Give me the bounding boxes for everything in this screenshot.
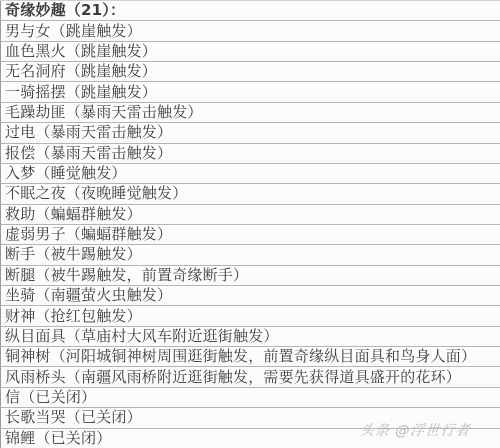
list-item: 报偿（暴雨天雷击触发） <box>0 144 500 164</box>
list-item: 血色黑火（跳崖触发） <box>0 42 500 62</box>
trigger-guide-page: 奇缘妙趣（21）： 男与女（跳崖触发） 血色黑火（跳崖触发） 无名洞府（跳崖触发… <box>0 0 500 448</box>
list-item: 风雨桥头（南疆风雨桥附近逛街触发，需要先获得道具盛开的花环） <box>0 367 500 387</box>
list-item: 信（已关闭） <box>0 388 500 408</box>
list-item: 纵目面具（草庙村大风车附近逛街触发） <box>0 327 500 347</box>
list-item: 铜神树（河阳城铜神树周围逛街触发，前置奇缘纵目面具和鸟身人面） <box>0 347 500 367</box>
list-item: 救助（蝙蝠群触发） <box>0 205 500 225</box>
list-item: 长歌当哭（已关闭） <box>0 408 500 428</box>
list-item: 锦鲤（已关闭） <box>0 429 500 448</box>
list-item: 一骑摇摆（跳崖触发） <box>0 82 500 102</box>
list-item: 断腿（被牛踢触发，前置奇缘断手） <box>0 266 500 286</box>
list-item: 过电（暴雨天雷击触发） <box>0 123 500 143</box>
list-item: 不眠之夜（夜晚睡觉触发） <box>0 184 500 204</box>
list-item: 坐骑（南疆萤火虫触发） <box>0 286 500 306</box>
list-item: 毛躁劫匪（暴雨天雷击触发） <box>0 103 500 123</box>
list-item: 无名洞府（跳崖触发） <box>0 62 500 82</box>
list-item: 男与女（跳崖触发） <box>0 21 500 41</box>
list-item: 虚弱男子（蝙蝠群触发） <box>0 225 500 245</box>
list-item: 入梦（睡觉触发） <box>0 164 500 184</box>
list-item: 断手（被牛踢触发） <box>0 245 500 265</box>
list-item: 财神（抢红包触发） <box>0 306 500 326</box>
list-title: 奇缘妙趣（21）： <box>0 1 500 21</box>
